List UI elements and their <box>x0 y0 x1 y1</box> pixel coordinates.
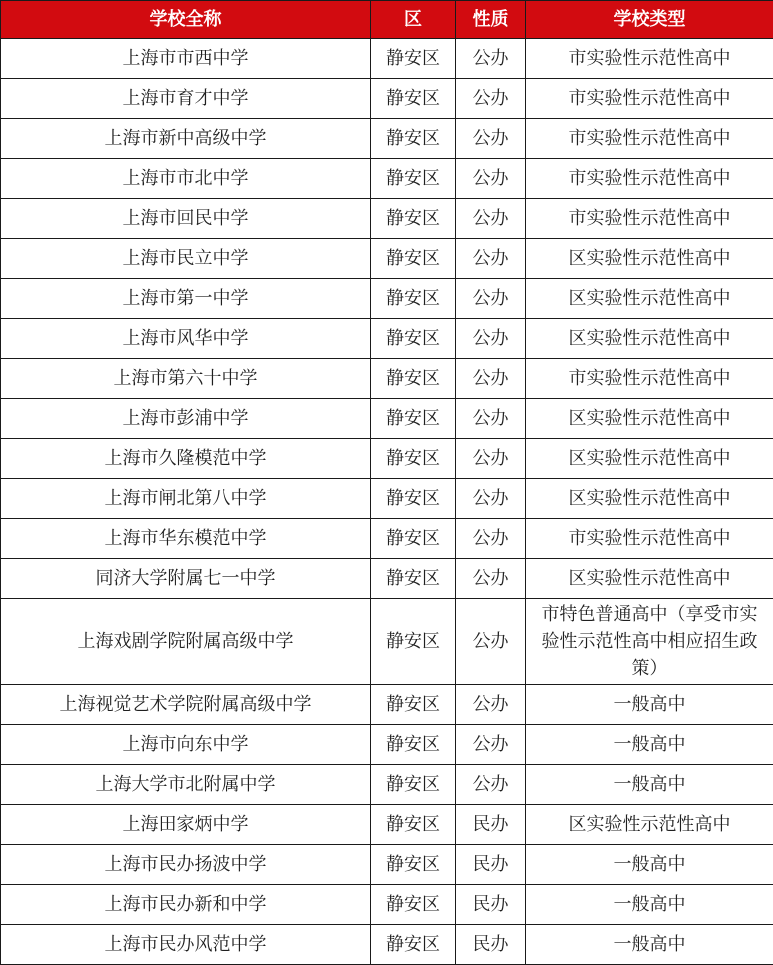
nature-cell: 公办 <box>456 279 526 319</box>
nature-cell: 公办 <box>456 519 526 559</box>
table-row: 上海市民办风范中学静安区民办一般高中 <box>1 925 773 965</box>
school-name-cell: 上海市民办新和中学 <box>1 885 371 925</box>
district-cell: 静安区 <box>371 805 456 845</box>
table-row: 上海戏剧学院附属高级中学静安区公办市特色普通高中（享受市实验性示范性高中相应招生… <box>1 599 773 685</box>
table-row: 上海市市北中学静安区公办市实验性示范性高中 <box>1 159 773 199</box>
district-cell: 静安区 <box>371 79 456 119</box>
nature-cell: 公办 <box>456 765 526 805</box>
school-name-cell: 上海市新中高级中学 <box>1 119 371 159</box>
district-cell: 静安区 <box>371 725 456 765</box>
district-cell: 静安区 <box>371 279 456 319</box>
table-row: 上海市久隆模范中学静安区公办区实验性示范性高中 <box>1 439 773 479</box>
table-row: 上海田家炳中学静安区民办区实验性示范性高中 <box>1 805 773 845</box>
school-type-cell: 区实验性示范性高中 <box>526 559 773 599</box>
school-name-cell: 上海市民立中学 <box>1 239 371 279</box>
nature-cell: 公办 <box>456 685 526 725</box>
district-cell: 静安区 <box>371 239 456 279</box>
district-cell: 静安区 <box>371 439 456 479</box>
table-row: 上海市民办新和中学静安区民办一般高中 <box>1 885 773 925</box>
school-name-cell: 上海市华东模范中学 <box>1 519 371 559</box>
school-name-cell: 上海戏剧学院附属高级中学 <box>1 599 371 685</box>
district-cell: 静安区 <box>371 359 456 399</box>
district-cell: 静安区 <box>371 685 456 725</box>
district-cell: 静安区 <box>371 845 456 885</box>
district-cell: 静安区 <box>371 199 456 239</box>
school-name-cell: 上海市风华中学 <box>1 319 371 359</box>
district-cell: 静安区 <box>371 479 456 519</box>
nature-cell: 公办 <box>456 559 526 599</box>
school-type-cell: 一般高中 <box>526 845 773 885</box>
nature-cell: 民办 <box>456 845 526 885</box>
table-row: 上海市风华中学静安区公办区实验性示范性高中 <box>1 319 773 359</box>
nature-cell: 公办 <box>456 439 526 479</box>
district-cell: 静安区 <box>371 885 456 925</box>
school-name-cell: 上海市民办扬波中学 <box>1 845 371 885</box>
school-name-cell: 上海市回民中学 <box>1 199 371 239</box>
table-header-row: 学校全称 区 性质 学校类型 <box>1 1 773 39</box>
school-type-cell: 一般高中 <box>526 725 773 765</box>
schools-table-body: 上海市市西中学静安区公办市实验性示范性高中上海市育才中学静安区公办市实验性示范性… <box>1 39 773 965</box>
table-row: 上海市市西中学静安区公办市实验性示范性高中 <box>1 39 773 79</box>
nature-cell: 公办 <box>456 159 526 199</box>
table-row: 上海市新中高级中学静安区公办市实验性示范性高中 <box>1 119 773 159</box>
nature-cell: 公办 <box>456 479 526 519</box>
table-row: 上海视觉艺术学院附属高级中学静安区公办一般高中 <box>1 685 773 725</box>
nature-cell: 公办 <box>456 399 526 439</box>
table-row: 上海市回民中学静安区公办市实验性示范性高中 <box>1 199 773 239</box>
school-type-cell: 市实验性示范性高中 <box>526 359 773 399</box>
school-name-cell: 上海市久隆模范中学 <box>1 439 371 479</box>
school-type-cell: 区实验性示范性高中 <box>526 439 773 479</box>
district-cell: 静安区 <box>371 599 456 685</box>
district-cell: 静安区 <box>371 119 456 159</box>
school-name-cell: 上海市彭浦中学 <box>1 399 371 439</box>
nature-cell: 民办 <box>456 925 526 965</box>
table-row: 上海市向东中学静安区公办一般高中 <box>1 725 773 765</box>
column-header-nature: 性质 <box>456 1 526 39</box>
district-cell: 静安区 <box>371 319 456 359</box>
nature-cell: 民办 <box>456 885 526 925</box>
district-cell: 静安区 <box>371 519 456 559</box>
school-type-cell: 区实验性示范性高中 <box>526 319 773 359</box>
school-name-cell: 上海市民办风范中学 <box>1 925 371 965</box>
table-row: 上海市第一中学静安区公办区实验性示范性高中 <box>1 279 773 319</box>
school-type-cell: 区实验性示范性高中 <box>526 479 773 519</box>
school-name-cell: 上海市市北中学 <box>1 159 371 199</box>
school-type-cell: 一般高中 <box>526 925 773 965</box>
school-type-cell: 市实验性示范性高中 <box>526 119 773 159</box>
district-cell: 静安区 <box>371 925 456 965</box>
table-row: 上海市第六十中学静安区公办市实验性示范性高中 <box>1 359 773 399</box>
school-type-cell: 区实验性示范性高中 <box>526 805 773 845</box>
nature-cell: 公办 <box>456 79 526 119</box>
district-cell: 静安区 <box>371 559 456 599</box>
school-type-cell: 市实验性示范性高中 <box>526 159 773 199</box>
table-row: 上海市育才中学静安区公办市实验性示范性高中 <box>1 79 773 119</box>
school-type-cell: 一般高中 <box>526 765 773 805</box>
column-header-school-name: 学校全称 <box>1 1 371 39</box>
school-name-cell: 上海大学市北附属中学 <box>1 765 371 805</box>
school-type-cell: 区实验性示范性高中 <box>526 399 773 439</box>
district-cell: 静安区 <box>371 39 456 79</box>
school-name-cell: 上海市第六十中学 <box>1 359 371 399</box>
school-name-cell: 上海市闸北第八中学 <box>1 479 371 519</box>
school-type-cell: 市实验性示范性高中 <box>526 519 773 559</box>
nature-cell: 民办 <box>456 805 526 845</box>
schools-table: 学校全称 区 性质 学校类型 上海市市西中学静安区公办市实验性示范性高中上海市育… <box>0 0 773 965</box>
school-name-cell: 上海视觉艺术学院附属高级中学 <box>1 685 371 725</box>
school-type-cell: 市特色普通高中（享受市实验性示范性高中相应招生政策） <box>526 599 773 685</box>
school-type-cell: 市实验性示范性高中 <box>526 199 773 239</box>
table-row: 上海市华东模范中学静安区公办市实验性示范性高中 <box>1 519 773 559</box>
school-name-cell: 同济大学附属七一中学 <box>1 559 371 599</box>
table-row: 上海市民立中学静安区公办区实验性示范性高中 <box>1 239 773 279</box>
column-header-district: 区 <box>371 1 456 39</box>
school-type-cell: 市实验性示范性高中 <box>526 39 773 79</box>
school-name-cell: 上海市向东中学 <box>1 725 371 765</box>
school-name-cell: 上海田家炳中学 <box>1 805 371 845</box>
school-type-cell: 市实验性示范性高中 <box>526 79 773 119</box>
column-header-school-type: 学校类型 <box>526 1 773 39</box>
table-row: 上海市民办扬波中学静安区民办一般高中 <box>1 845 773 885</box>
nature-cell: 公办 <box>456 319 526 359</box>
school-type-cell: 一般高中 <box>526 685 773 725</box>
nature-cell: 公办 <box>456 725 526 765</box>
table-row: 上海大学市北附属中学静安区公办一般高中 <box>1 765 773 805</box>
nature-cell: 公办 <box>456 119 526 159</box>
nature-cell: 公办 <box>456 199 526 239</box>
table-row: 上海市彭浦中学静安区公办区实验性示范性高中 <box>1 399 773 439</box>
nature-cell: 公办 <box>456 599 526 685</box>
table-row: 同济大学附属七一中学静安区公办区实验性示范性高中 <box>1 559 773 599</box>
school-name-cell: 上海市市西中学 <box>1 39 371 79</box>
nature-cell: 公办 <box>456 39 526 79</box>
district-cell: 静安区 <box>371 159 456 199</box>
school-type-cell: 区实验性示范性高中 <box>526 279 773 319</box>
table-row: 上海市闸北第八中学静安区公办区实验性示范性高中 <box>1 479 773 519</box>
table-header: 学校全称 区 性质 学校类型 <box>1 1 773 39</box>
district-cell: 静安区 <box>371 399 456 439</box>
district-cell: 静安区 <box>371 765 456 805</box>
school-name-cell: 上海市第一中学 <box>1 279 371 319</box>
school-name-cell: 上海市育才中学 <box>1 79 371 119</box>
school-type-cell: 一般高中 <box>526 885 773 925</box>
nature-cell: 公办 <box>456 359 526 399</box>
nature-cell: 公办 <box>456 239 526 279</box>
school-type-cell: 区实验性示范性高中 <box>526 239 773 279</box>
